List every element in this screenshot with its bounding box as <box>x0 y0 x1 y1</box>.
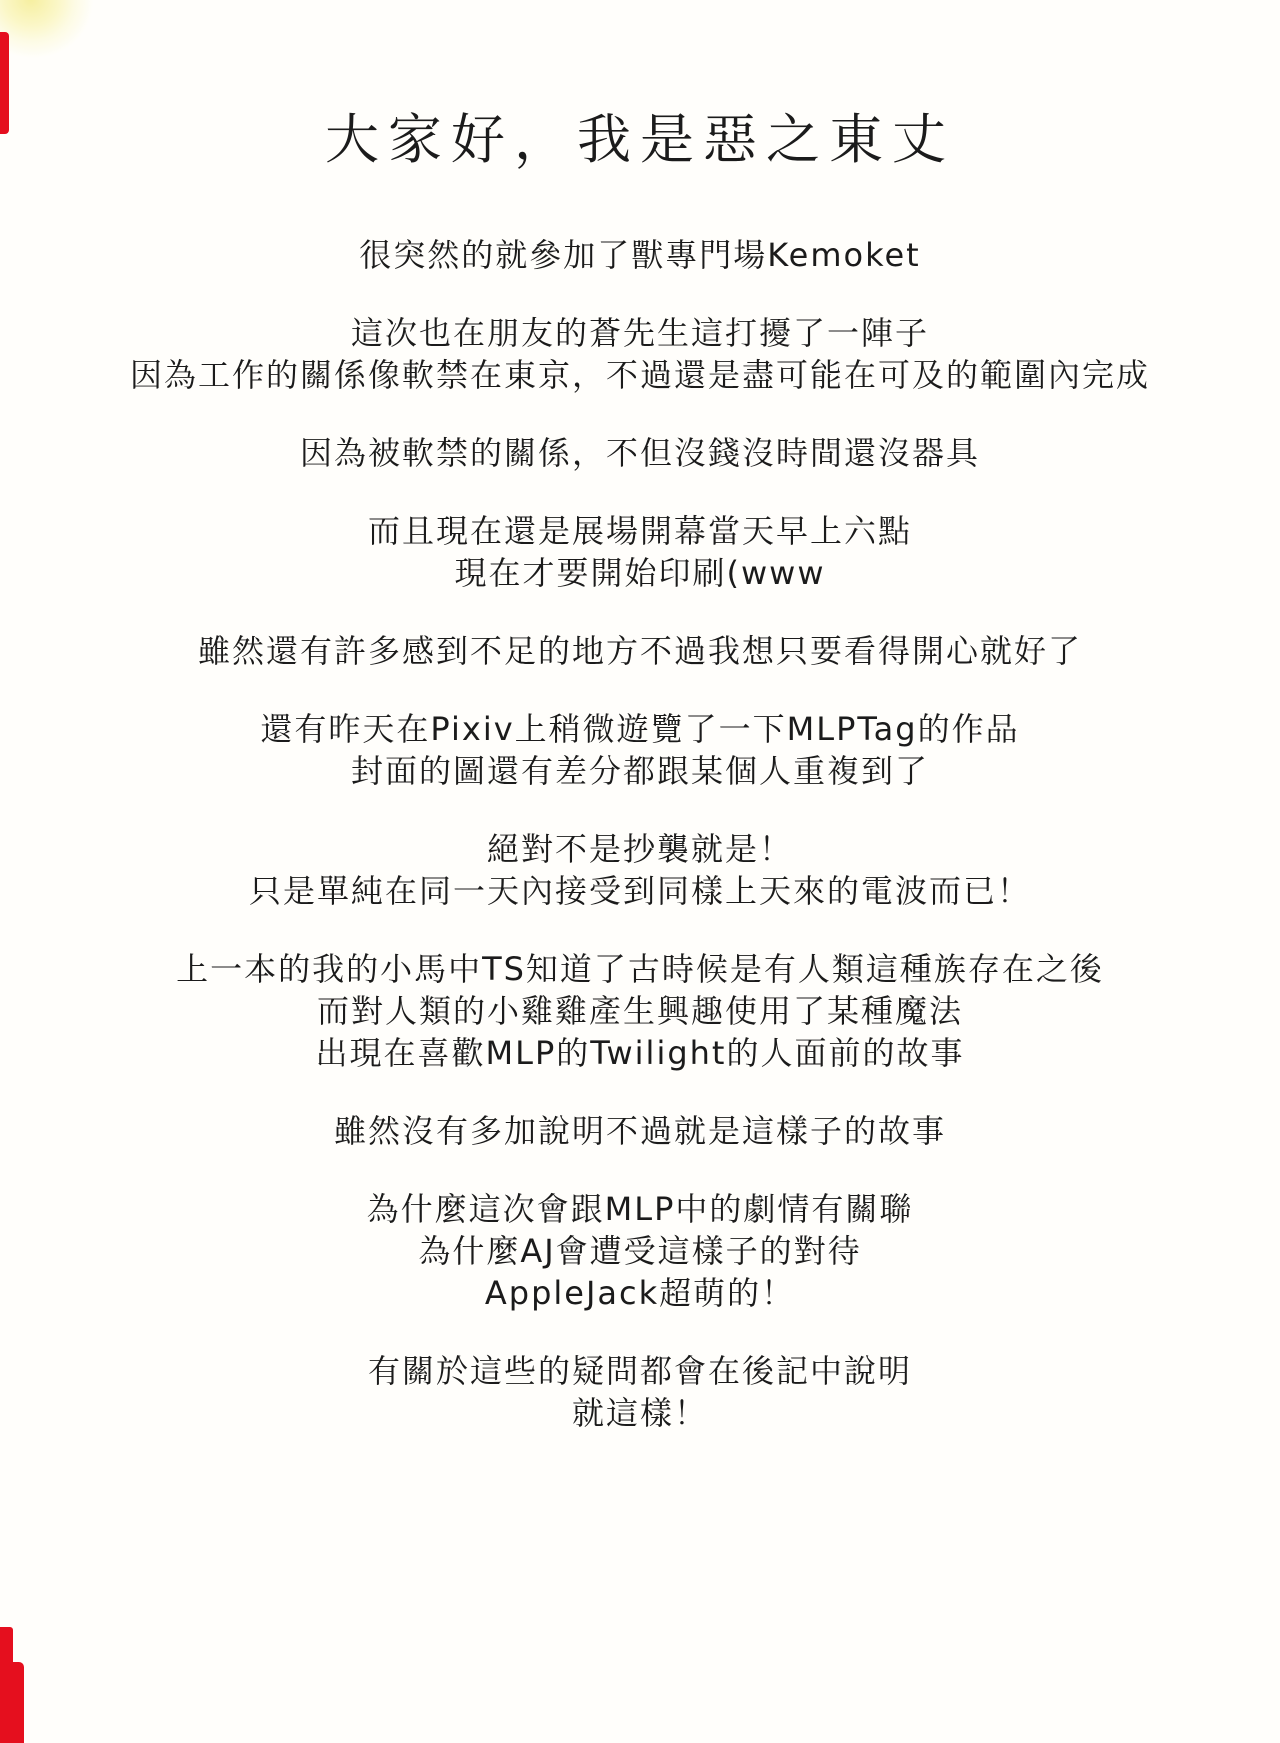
text-line: 而對人類的小雞雞產生興趣使用了某種魔法 <box>0 990 1280 1032</box>
text-line: 雖然沒有多加說明不過就是這樣子的故事 <box>0 1110 1280 1152</box>
text-line: 上一本的我的小馬中TS知道了古時候是有人類這種族存在之後 <box>0 948 1280 990</box>
text-line: 還有昨天在Pixiv上稍微遊覽了一下MLPTag的作品 <box>0 708 1280 750</box>
paragraph-pixiv: 還有昨天在Pixiv上稍微遊覽了一下MLPTag的作品 封面的圖還有差分都跟某個… <box>0 708 1280 792</box>
text-line: 為什麼AJ會遭受這樣子的對待 <box>0 1230 1280 1272</box>
paragraph-printing: 而且現在還是展場開幕當天早上六點 現在才要開始印刷(www <box>0 510 1280 594</box>
text-line: 因為工作的關係像軟禁在東京，不過還是盡可能在可及的範圍內完成 <box>0 354 1280 396</box>
left-edge-red-mark-bottom-outer <box>0 1662 24 1743</box>
paragraph-previous-book: 上一本的我的小馬中TS知道了古時候是有人類這種族存在之後 而對人類的小雞雞產生興… <box>0 948 1280 1074</box>
paragraph-friend-stay: 這次也在朋友的蒼先生這打擾了一陣子 因為工作的關係像軟禁在東京，不過還是盡可能在… <box>0 312 1280 396</box>
paragraph-afterword: 有關於這些的疑問都會在後記中說明 就這樣！ <box>0 1350 1280 1434</box>
paragraph-kemoket: 很突然的就參加了獸專門場Kemoket <box>0 234 1280 276</box>
scanned-page: 大家好，我是惡之東丈 很突然的就參加了獸專門場Kemoket 這次也在朋友的蒼先… <box>0 0 1280 1743</box>
text-line: 因為被軟禁的關係，不但沒錢沒時間還沒器具 <box>0 432 1280 474</box>
text-block: 大家好，我是惡之東丈 很突然的就參加了獸專門場Kemoket 這次也在朋友的蒼先… <box>0 104 1280 1470</box>
text-line: 就這樣！ <box>0 1392 1280 1434</box>
paragraph-confined: 因為被軟禁的關係，不但沒錢沒時間還沒器具 <box>0 432 1280 474</box>
text-line: 出現在喜歡MLP的Twilight的人面前的故事 <box>0 1032 1280 1074</box>
text-line: 為什麼這次會跟MLP中的劇情有關聯 <box>0 1188 1280 1230</box>
text-line: 很突然的就參加了獸專門場Kemoket <box>0 234 1280 276</box>
text-line: 只是單純在同一天內接受到同樣上天來的電波而已！ <box>0 870 1280 912</box>
paragraph-story-summary: 雖然沒有多加說明不過就是這樣子的故事 <box>0 1110 1280 1152</box>
paragraph-shortcomings: 雖然還有許多感到不足的地方不過我想只要看得開心就好了 <box>0 630 1280 672</box>
paragraph-mlp-questions: 為什麼這次會跟MLP中的劇情有關聯 為什麼AJ會遭受這樣子的對待 AppleJa… <box>0 1188 1280 1314</box>
text-line: 現在才要開始印刷(www <box>0 552 1280 594</box>
text-line: 絕對不是抄襲就是！ <box>0 828 1280 870</box>
text-line: 有關於這些的疑問都會在後記中說明 <box>0 1350 1280 1392</box>
text-line: 雖然還有許多感到不足的地方不過我想只要看得開心就好了 <box>0 630 1280 672</box>
paragraph-not-plagiarism: 絕對不是抄襲就是！ 只是單純在同一天內接受到同樣上天來的電波而已！ <box>0 828 1280 912</box>
page-title: 大家好，我是惡之東丈 <box>0 104 1280 176</box>
text-line: 而且現在還是展場開幕當天早上六點 <box>0 510 1280 552</box>
text-line: AppleJack超萌的！ <box>0 1272 1280 1314</box>
text-line: 這次也在朋友的蒼先生這打擾了一陣子 <box>0 312 1280 354</box>
text-line: 封面的圖還有差分都跟某個人重複到了 <box>0 750 1280 792</box>
